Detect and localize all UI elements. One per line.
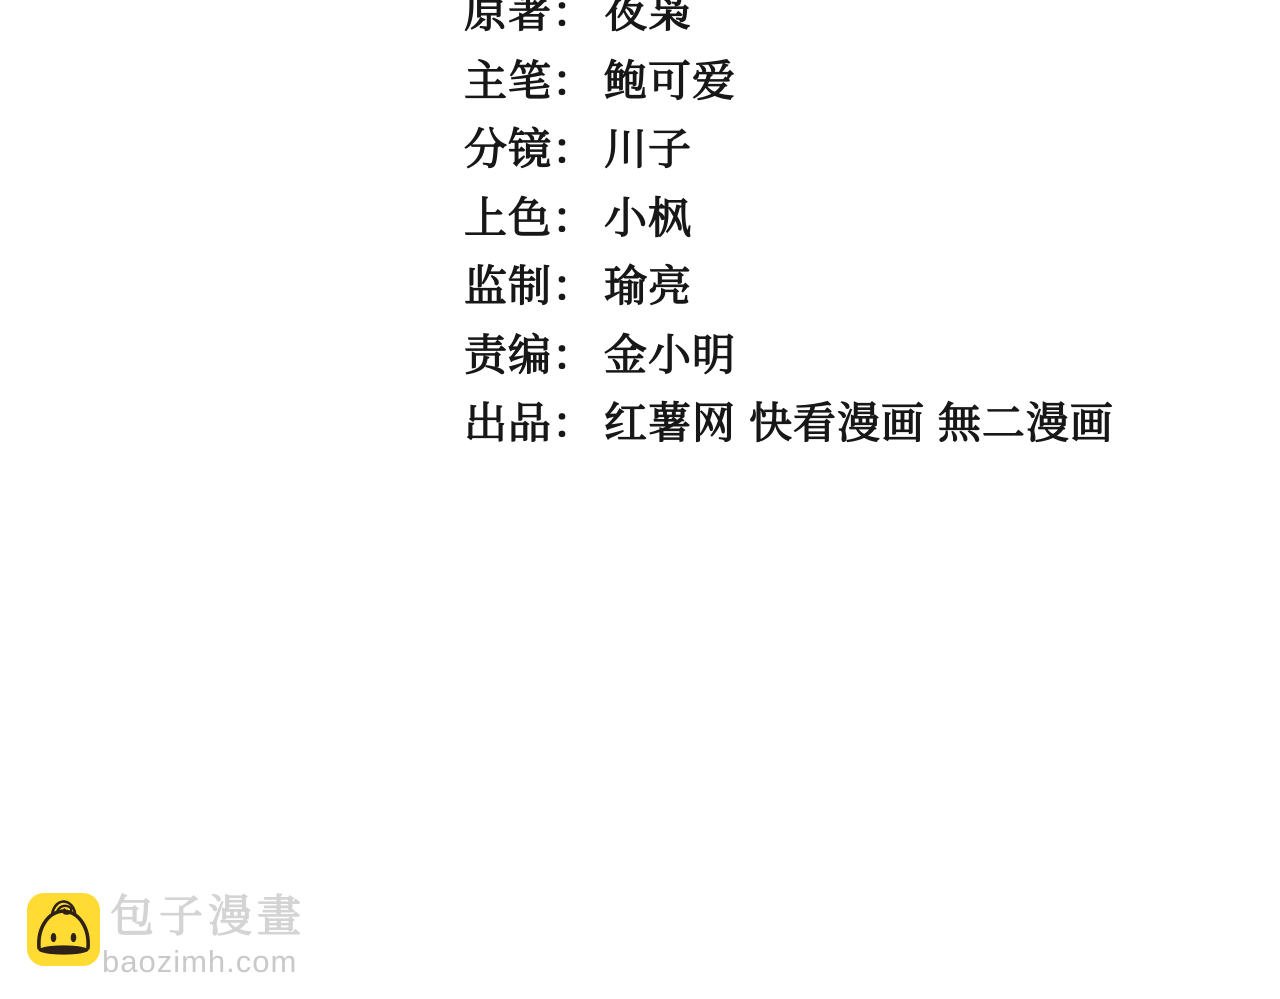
bun-shadow	[39, 945, 89, 954]
credit-role-label: 上色	[464, 197, 552, 242]
credit-person-name: 夜枭	[604, 0, 692, 36]
credit-colon: ：	[552, 60, 596, 105]
credit-row-colorist: 上色：小枫	[464, 197, 1114, 266]
credit-row-editor: 责编：金小明	[464, 334, 1114, 403]
credit-row-supervisor: 监制：瑜亮	[464, 265, 1114, 334]
credit-person-name: 小枫	[604, 197, 692, 242]
credit-row-producer: 出品：红薯网 快看漫画 無二漫画	[464, 402, 1114, 471]
credit-person-name: 金小明	[604, 334, 736, 379]
credit-role-label: 主笔	[464, 60, 552, 105]
bun-eye-right	[71, 933, 77, 942]
site-watermark: 包子漫畫 baozimh.com	[27, 891, 447, 986]
credit-person-name: 鲍可爱	[604, 60, 736, 105]
baozi-bun-icon	[27, 893, 100, 966]
credit-colon: ：	[552, 197, 596, 242]
credit-role-label: 监制	[464, 265, 552, 310]
credit-colon: ：	[552, 334, 596, 379]
credit-colon: ：	[552, 128, 596, 173]
credit-publisher-names: 红薯网 快看漫画 無二漫画	[604, 402, 1114, 447]
watermark-site-url: baozimh.com	[102, 946, 297, 977]
icon-background	[27, 893, 100, 966]
credit-colon: ：	[552, 402, 596, 447]
credit-role-label: 责编	[464, 334, 552, 379]
credit-role-label: 原著	[464, 0, 552, 36]
bun-eye-left	[51, 933, 57, 942]
credits-list: 原著：夜枭 主笔：鲍可爱 分镜：川子 上色：小枫 监制：瑜亮 责编：金小明 出品…	[464, 0, 1114, 471]
credit-colon: ：	[552, 0, 596, 36]
credit-colon: ：	[552, 265, 596, 310]
credit-person-name: 川子	[604, 128, 692, 173]
credit-role-label: 出品	[464, 402, 552, 447]
watermark-site-name: 包子漫畫	[110, 895, 306, 939]
credit-row-original-author: 原著：夜枭	[464, 0, 1114, 60]
credit-role-label: 分镜	[464, 128, 552, 173]
credit-person-name: 瑜亮	[604, 265, 692, 310]
credit-row-lead-artist: 主笔：鲍可爱	[464, 60, 1114, 129]
credit-row-storyboard: 分镜：川子	[464, 128, 1114, 197]
